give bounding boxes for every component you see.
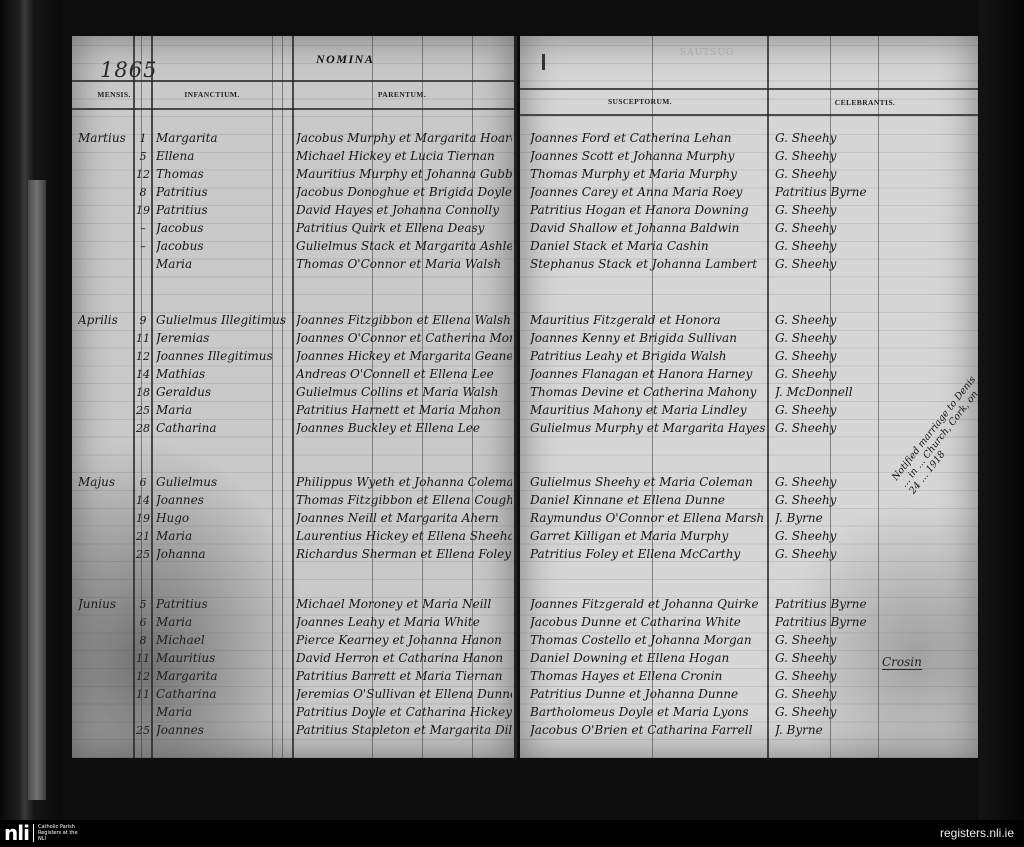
entry-celebrant: J. Byrne bbox=[775, 722, 895, 740]
entry-sponsors: Joannes Ford et Catherina Lehan bbox=[530, 130, 765, 148]
entry-parents: Thomas Fitzgibbon et Ellena Coughlan bbox=[296, 492, 512, 510]
column-header-celebrantis: CELEBRANTIS. bbox=[810, 98, 920, 107]
entry-celebrant: G. Sheehy bbox=[775, 528, 895, 546]
entry-celebrant: G. Sheehy bbox=[775, 492, 895, 510]
entry-parents: Michael Hickey et Lucia Tiernan bbox=[296, 148, 512, 166]
entry-month: Martius bbox=[78, 130, 133, 148]
entry-celebrant: Patritius Byrne bbox=[775, 596, 895, 614]
entry-infant-name: Hugo bbox=[156, 510, 286, 528]
entry-sponsors: Daniel Downing et Ellena Hogan bbox=[530, 650, 765, 668]
entry-sponsors: Joannes Fitzgerald et Johanna Quirke bbox=[530, 596, 765, 614]
entry-day: 25 bbox=[134, 546, 152, 564]
entry-celebrant: J. McDonnell bbox=[775, 384, 895, 402]
entry-day: 19 bbox=[134, 202, 152, 220]
entry-infant-name: Mathias bbox=[156, 366, 286, 384]
entry-day: 6 bbox=[134, 474, 152, 492]
entry-infant-name: Geraldus bbox=[156, 384, 286, 402]
entry-sponsors: Joannes Flanagan et Hanora Harney bbox=[530, 366, 765, 384]
register-title: NOMINA bbox=[316, 52, 374, 67]
entry-sponsors: Gulielmus Sheehy et Maria Coleman bbox=[530, 474, 765, 492]
column-header-infantium: INFANCTIUM. bbox=[162, 90, 262, 99]
entry-infant-name: Maria bbox=[156, 528, 286, 546]
entry-celebrant: G. Sheehy bbox=[775, 256, 895, 274]
entry-parents: Jacobus Murphy et Margarita Hoare bbox=[296, 130, 512, 148]
nli-logo-text: Catholic Parish Registers at the NLI bbox=[38, 824, 78, 842]
column-header-mensis: MENSIS. bbox=[94, 90, 134, 99]
logo-separator bbox=[33, 824, 34, 842]
entry-day: 25 bbox=[134, 722, 152, 740]
entry-parents: Gulielmus Stack et Margarita Ashley bbox=[296, 238, 512, 256]
entry-day: 14 bbox=[134, 366, 152, 384]
entry-sponsors: Thomas Costello et Johanna Morgan bbox=[530, 632, 765, 650]
entry-infant-name: Patritius bbox=[156, 184, 286, 202]
entry-day: 8 bbox=[134, 184, 152, 202]
entry-celebrant: G. Sheehy bbox=[775, 420, 895, 438]
entry-parents: David Herron et Catharina Hanon bbox=[296, 650, 512, 668]
entry-infant-name: Thomas bbox=[156, 166, 286, 184]
entry-sponsors: Garret Killigan et Maria Murphy bbox=[530, 528, 765, 546]
entry-sponsors: Patritius Leahy et Brigida Walsh bbox=[530, 348, 765, 366]
entry-celebrant: G. Sheehy bbox=[775, 402, 895, 420]
entry-infant-name: Joannes bbox=[156, 722, 286, 740]
entry-day: 19 bbox=[134, 510, 152, 528]
entry-parents: Andreas O'Connell et Ellena Lee bbox=[296, 366, 512, 384]
entry-day: 25 bbox=[134, 402, 152, 420]
entry-parents: Pierce Kearney et Johanna Hanon bbox=[296, 632, 512, 650]
entry-parents: Joannes O'Connor et Catherina Morgan bbox=[296, 330, 512, 348]
entry-celebrant: G. Sheehy bbox=[775, 202, 895, 220]
entry-infant-name: Maria bbox=[156, 704, 286, 722]
entry-infant-name: Gulielmus Illegitimus bbox=[156, 312, 286, 330]
entry-infant-name: Michael bbox=[156, 632, 286, 650]
book-binding-left bbox=[0, 0, 62, 820]
entry-parents: Patritius Barrett et Maria Tiernan bbox=[296, 668, 512, 686]
entry-day: – bbox=[134, 220, 152, 238]
entry-sponsors: Thomas Hayes et Ellena Cronin bbox=[530, 668, 765, 686]
entry-celebrant: Patritius Byrne bbox=[775, 614, 895, 632]
site-link[interactable]: registers.nli.ie bbox=[940, 826, 1014, 840]
entry-parents: Patritius Doyle et Catharina Hickey bbox=[296, 704, 512, 722]
entry-month: Junius bbox=[78, 596, 133, 614]
col-divider bbox=[767, 36, 769, 758]
entry-day: 5 bbox=[134, 148, 152, 166]
entry-infant-name: Gulielmus bbox=[156, 474, 286, 492]
entry-celebrant: G. Sheehy bbox=[775, 148, 895, 166]
entry-celebrant: G. Sheehy bbox=[775, 668, 895, 686]
entry-sponsors: Raymundus O'Connor et Ellena Marsh bbox=[530, 510, 765, 528]
entry-day: 28 bbox=[134, 420, 152, 438]
entry-infant-name: Catharina bbox=[156, 686, 286, 704]
col-divider bbox=[292, 36, 294, 758]
entry-parents: Joannes Leahy et Maria White bbox=[296, 614, 512, 632]
book-binding-right bbox=[979, 0, 1024, 820]
entry-day: 5 bbox=[134, 596, 152, 614]
entry-parents: Richardus Sherman et Ellena Foley bbox=[296, 546, 512, 564]
page-mark bbox=[542, 54, 545, 70]
entry-sponsors: Mauritius Mahony et Maria Lindley bbox=[530, 402, 765, 420]
entry-day: 14 bbox=[134, 492, 152, 510]
entry-celebrant: J. Byrne bbox=[775, 510, 895, 528]
entry-day: 1 bbox=[134, 130, 152, 148]
header-rule bbox=[520, 114, 978, 116]
entry-infant-name: Jacobus bbox=[156, 220, 286, 238]
entry-infant-name: Joannes bbox=[156, 492, 286, 510]
entry-infant-name: Ellena bbox=[156, 148, 286, 166]
entry-parents: Gulielmus Collins et Maria Walsh bbox=[296, 384, 512, 402]
entry-day: – bbox=[134, 238, 152, 256]
entry-infant-name: Maria bbox=[156, 614, 286, 632]
entry-sponsors: Thomas Devine et Catherina Mahony bbox=[530, 384, 765, 402]
entry-sponsors: Thomas Murphy et Maria Murphy bbox=[530, 166, 765, 184]
entry-sponsors: Mauritius Fitzgerald et Honora bbox=[530, 312, 765, 330]
entry-parents: Joannes Fitzgibbon et Ellena Walsh bbox=[296, 312, 512, 330]
entry-parents: Jeremias O'Sullivan et Ellena Dunne bbox=[296, 686, 512, 704]
entry-infant-name: Patritius bbox=[156, 202, 286, 220]
nli-logo-mark: nli bbox=[4, 823, 29, 843]
entry-parents: Laurentius Hickey et Ellena Sheehan bbox=[296, 528, 512, 546]
entry-day: 6 bbox=[134, 614, 152, 632]
entry-infant-name: Jacobus bbox=[156, 238, 286, 256]
entry-day: 18 bbox=[134, 384, 152, 402]
entry-parents: Michael Moroney et Maria Neill bbox=[296, 596, 512, 614]
entry-month: Majus bbox=[78, 474, 133, 492]
entry-parents: Mauritius Murphy et Johanna Gubbins bbox=[296, 166, 512, 184]
entry-parents: Patritius Harnett et Maria Mahon bbox=[296, 402, 512, 420]
entry-celebrant: G. Sheehy bbox=[775, 546, 895, 564]
entry-infant-name: Johanna bbox=[156, 546, 286, 564]
entry-infant-name: Mauritius bbox=[156, 650, 286, 668]
entry-infant-name: Catharina bbox=[156, 420, 286, 438]
entry-sponsors: Patritius Hogan et Hanora Downing bbox=[530, 202, 765, 220]
entry-infant-name: Maria bbox=[156, 402, 286, 420]
entry-celebrant: G. Sheehy bbox=[775, 220, 895, 238]
entry-celebrant: G. Sheehy bbox=[775, 330, 895, 348]
entry-celebrant: G. Sheehy bbox=[775, 312, 895, 330]
right-page: SAUTSUO SUSCEPTORUM. CELEBRANTIS. Joanne… bbox=[520, 36, 978, 758]
register-scan-viewer: 1865 NOMINA MENSIS. INFANCTIUM. PARENTUM… bbox=[0, 0, 1024, 820]
entry-sponsors: Stephanus Stack et Johanna Lambert bbox=[530, 256, 765, 274]
entry-infant-name: Jeremias bbox=[156, 330, 286, 348]
entry-celebrant: G. Sheehy bbox=[775, 632, 895, 650]
entry-sponsors: Joannes Scott et Johanna Murphy bbox=[530, 148, 765, 166]
entry-day: 12 bbox=[134, 668, 152, 686]
entry-day: 8 bbox=[134, 632, 152, 650]
entry-sponsors: Daniel Stack et Maria Cashin bbox=[530, 238, 765, 256]
entry-celebrant: G. Sheehy bbox=[775, 166, 895, 184]
register-year: 1865 bbox=[100, 58, 157, 82]
entry-sponsors: Daniel Kinnane et Ellena Dunne bbox=[530, 492, 765, 510]
entry-parents: Jacobus Donoghue et Brigida Doyle bbox=[296, 184, 512, 202]
margin-annotation: Notified marriage to Denis ... in ... Ch… bbox=[890, 374, 978, 497]
column-header-parentum: PARENTUM. bbox=[332, 90, 472, 99]
entry-sponsors: Joannes Kenny et Brigida Sullivan bbox=[530, 330, 765, 348]
entry-sponsors: Jacobus Dunne et Catharina White bbox=[530, 614, 765, 632]
entry-celebrant: G. Sheehy bbox=[775, 686, 895, 704]
entry-parents: David Hayes et Johanna Connolly bbox=[296, 202, 512, 220]
column-header-susceptorum: SUSCEPTORUM. bbox=[580, 97, 700, 106]
entry-infant-name: Patritius bbox=[156, 596, 286, 614]
entry-infant-name: Margarita bbox=[156, 130, 286, 148]
entry-parents: Thomas O'Connor et Maria Walsh bbox=[296, 256, 512, 274]
entry-parents: Joannes Buckley et Ellena Lee bbox=[296, 420, 512, 438]
header-rule bbox=[520, 88, 978, 90]
entry-celebrant: G. Sheehy bbox=[775, 366, 895, 384]
entry-sponsors: Bartholomeus Doyle et Maria Lyons bbox=[530, 704, 765, 722]
entry-sponsors: Patritius Dunne et Johanna Dunne bbox=[530, 686, 765, 704]
header-rule bbox=[72, 108, 514, 110]
entry-sponsors: Patritius Foley et Ellena McCarthy bbox=[530, 546, 765, 564]
entry-parents: Patritius Quirk et Ellena Deasy bbox=[296, 220, 512, 238]
entry-infant-name: Joannes Illegitimus bbox=[156, 348, 286, 366]
entry-celebrant: G. Sheehy bbox=[775, 650, 895, 668]
nli-logo[interactable]: nli Catholic Parish Registers at the NLI bbox=[4, 822, 78, 844]
entry-sponsors: Joannes Carey et Anna Maria Roey bbox=[530, 184, 765, 202]
entry-day: 11 bbox=[134, 686, 152, 704]
entry-day: 9 bbox=[134, 312, 152, 330]
entry-parents: Joannes Neill et Margarita Ahern bbox=[296, 510, 512, 528]
margin-note-crosin: Crosin bbox=[882, 655, 922, 670]
footer-bar: nli Catholic Parish Registers at the NLI… bbox=[0, 820, 1024, 847]
entry-parents: Patritius Stapleton et Margarita Dillon bbox=[296, 722, 512, 740]
entry-day: 12 bbox=[134, 348, 152, 366]
entry-parents: Joannes Hickey et Margarita Geaney bbox=[296, 348, 512, 366]
entry-day: 12 bbox=[134, 166, 152, 184]
entry-celebrant: G. Sheehy bbox=[775, 130, 895, 148]
entry-day: 11 bbox=[134, 650, 152, 668]
entry-celebrant: G. Sheehy bbox=[775, 348, 895, 366]
entry-infant-name: Margarita bbox=[156, 668, 286, 686]
entry-sponsors: Gulielmus Murphy et Margarita Hayes bbox=[530, 420, 765, 438]
faded-stamp: SAUTSUO bbox=[680, 48, 734, 58]
entry-parents: Philippus Wyeth et Johanna Coleman bbox=[296, 474, 512, 492]
binding-strip bbox=[28, 180, 46, 800]
entry-celebrant: Patritius Byrne bbox=[775, 184, 895, 202]
entry-celebrant: G. Sheehy bbox=[775, 704, 895, 722]
entry-sponsors: David Shallow et Johanna Baldwin bbox=[530, 220, 765, 238]
entry-infant-name: Maria bbox=[156, 256, 286, 274]
entry-celebrant: G. Sheehy bbox=[775, 238, 895, 256]
entry-month: Aprilis bbox=[78, 312, 133, 330]
left-page: 1865 NOMINA MENSIS. INFANCTIUM. PARENTUM… bbox=[72, 36, 517, 758]
entry-celebrant: G. Sheehy bbox=[775, 474, 895, 492]
entry-day: 21 bbox=[134, 528, 152, 546]
entry-sponsors: Jacobus O'Brien et Catharina Farrell bbox=[530, 722, 765, 740]
entry-day: 11 bbox=[134, 330, 152, 348]
